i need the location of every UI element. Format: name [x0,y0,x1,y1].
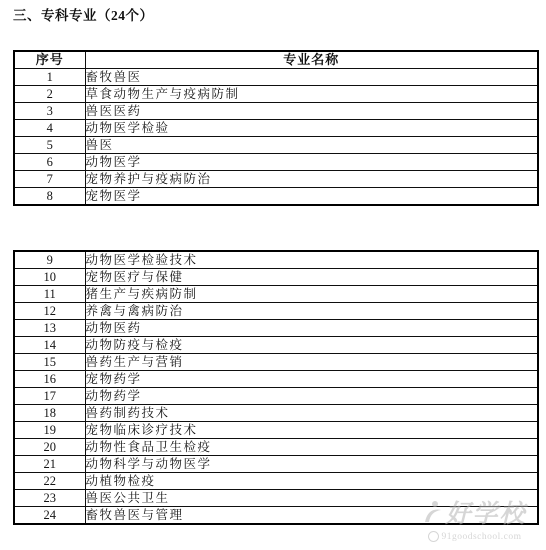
major-name-cell: 动物科学与动物医学 [85,456,538,473]
table-row: 10宠物医疗与保健 [14,269,538,286]
row-number-cell: 22 [14,473,85,490]
major-name-cell: 宠物临床诊疗技术 [85,422,538,439]
column-header-major-name: 专业名称 [85,51,538,69]
table-row: 16宠物药学 [14,371,538,388]
copyright-circle-icon [428,531,439,542]
column-header-number: 序号 [14,51,85,69]
major-name-cell: 畜牧兽医 [85,69,538,86]
table-row: 14动物防疫与检疫 [14,337,538,354]
major-name-cell: 宠物医疗与保健 [85,269,538,286]
table-row: 15兽药生产与营销 [14,354,538,371]
table-row: 13动物医药 [14,320,538,337]
table-row: 9动物医学检验技术 [14,251,538,269]
row-number-cell: 9 [14,251,85,269]
major-name-cell: 草食动物生产与疫病防制 [85,86,538,103]
major-name-cell: 养禽与禽病防治 [85,303,538,320]
row-number-cell: 14 [14,337,85,354]
row-number-cell: 18 [14,405,85,422]
major-name-cell: 动植物检疫 [85,473,538,490]
row-number-cell: 13 [14,320,85,337]
major-name-cell: 兽药生产与营销 [85,354,538,371]
row-number-cell: 19 [14,422,85,439]
major-name-cell: 兽药制药技术 [85,405,538,422]
row-number-cell: 21 [14,456,85,473]
table-row: 7宠物养护与疫病防治 [14,171,538,188]
table-row: 23兽医公共卫生 [14,490,538,507]
majors-table-part-2: 9动物医学检验技术10宠物医疗与保健11猪生产与疾病防制12养禽与禽病防治13动… [13,250,539,525]
major-name-cell: 宠物医学 [85,188,538,206]
row-number-cell: 12 [14,303,85,320]
majors-table-part-1: 序号 专业名称 1畜牧兽医2草食动物生产与疫病防制3兽医医药4动物医学检验5兽医… [13,50,539,206]
major-name-cell: 畜牧兽医与管理 [85,507,538,525]
row-number-cell: 11 [14,286,85,303]
major-name-cell: 兽医公共卫生 [85,490,538,507]
major-name-cell: 动物医药 [85,320,538,337]
row-number-cell: 1 [14,69,85,86]
row-number-cell: 20 [14,439,85,456]
major-name-cell: 动物性食品卫生检疫 [85,439,538,456]
table-row: 22动植物检疫 [14,473,538,490]
table-row: 18兽药制药技术 [14,405,538,422]
major-name-cell: 兽医医药 [85,103,538,120]
row-number-cell: 4 [14,120,85,137]
major-name-cell: 兽医 [85,137,538,154]
table-row: 17动物药学 [14,388,538,405]
row-number-cell: 2 [14,86,85,103]
row-number-cell: 5 [14,137,85,154]
row-number-cell: 16 [14,371,85,388]
table-header-row: 序号 专业名称 [14,51,538,69]
major-name-cell: 动物防疫与检疫 [85,337,538,354]
row-number-cell: 15 [14,354,85,371]
table-row: 2草食动物生产与疫病防制 [14,86,538,103]
table-row: 6动物医学 [14,154,538,171]
table-row: 24畜牧兽医与管理 [14,507,538,525]
table-row: 11猪生产与疾病防制 [14,286,538,303]
row-number-cell: 17 [14,388,85,405]
table-row: 8宠物医学 [14,188,538,206]
major-name-cell: 猪生产与疾病防制 [85,286,538,303]
page-title: 三、专科专业（24个） [13,4,154,24]
table-row: 5兽医 [14,137,538,154]
table-row: 3兽医医药 [14,103,538,120]
major-name-cell: 动物医学检验技术 [85,251,538,269]
row-number-cell: 23 [14,490,85,507]
table-row: 4动物医学检验 [14,120,538,137]
row-number-cell: 10 [14,269,85,286]
major-name-cell: 宠物药学 [85,371,538,388]
table-row: 21动物科学与动物医学 [14,456,538,473]
major-name-cell: 宠物养护与疫病防治 [85,171,538,188]
row-number-cell: 8 [14,188,85,206]
row-number-cell: 6 [14,154,85,171]
major-name-cell: 动物医学 [85,154,538,171]
major-name-cell: 动物医学检验 [85,120,538,137]
row-number-cell: 7 [14,171,85,188]
table-row: 12养禽与禽病防治 [14,303,538,320]
major-name-cell: 动物药学 [85,388,538,405]
table-row: 19宠物临床诊疗技术 [14,422,538,439]
row-number-cell: 3 [14,103,85,120]
watermark-url: 91goodschool.com [404,531,546,542]
table-row: 1畜牧兽医 [14,69,538,86]
row-number-cell: 24 [14,507,85,525]
table-row: 20动物性食品卫生检疫 [14,439,538,456]
